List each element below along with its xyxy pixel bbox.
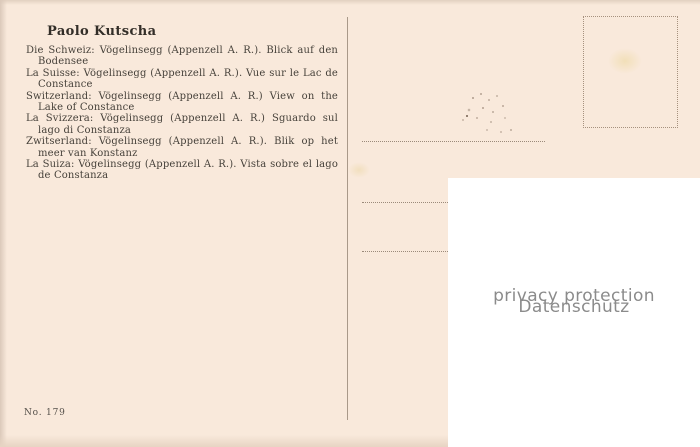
paper-stain — [348, 162, 370, 178]
scan-edge-top — [0, 0, 700, 5]
caption-block: Die Schweiz: Vögelinsegg (Appenzell A. R… — [26, 45, 338, 182]
address-line-2 — [362, 202, 448, 203]
caption-spanish: La Suiza: Vögelinsegg (Appenzell A. R.).… — [26, 159, 338, 182]
divider-rule — [347, 17, 348, 420]
privacy-overlay-text: privacy protection Datenschutz — [448, 291, 700, 312]
address-line-3 — [362, 251, 448, 252]
caption-french: La Suisse: Vögelinsegg (Appenzell A. R.)… — [26, 68, 338, 91]
scan-edge-left — [0, 0, 7, 447]
caption-italian: La Svizzera: Vögelinsegg (Appenzell A. R… — [26, 113, 338, 136]
caption-dutch: Zwitserland: Vögelinsegg (Appenzell A. R… — [26, 136, 338, 159]
card-number: No. 179 — [24, 408, 66, 418]
address-line-1 — [362, 141, 545, 142]
privacy-line-de: Datenschutz — [448, 302, 700, 313]
postmark-speckles — [466, 115, 468, 117]
caption-german: Die Schweiz: Vögelinsegg (Appenzell A. R… — [26, 45, 338, 68]
caption-english: Switzerland: Vögelinsegg (Appenzell A. R… — [26, 91, 338, 114]
postcard-back-scan: Paolo Kutscha Die Schweiz: Vögelinsegg (… — [0, 0, 700, 447]
stamp-placeholder-box — [583, 16, 678, 128]
publisher-title: Paolo Kutscha — [47, 24, 156, 39]
privacy-overlay: privacy protection Datenschutz — [448, 178, 700, 447]
